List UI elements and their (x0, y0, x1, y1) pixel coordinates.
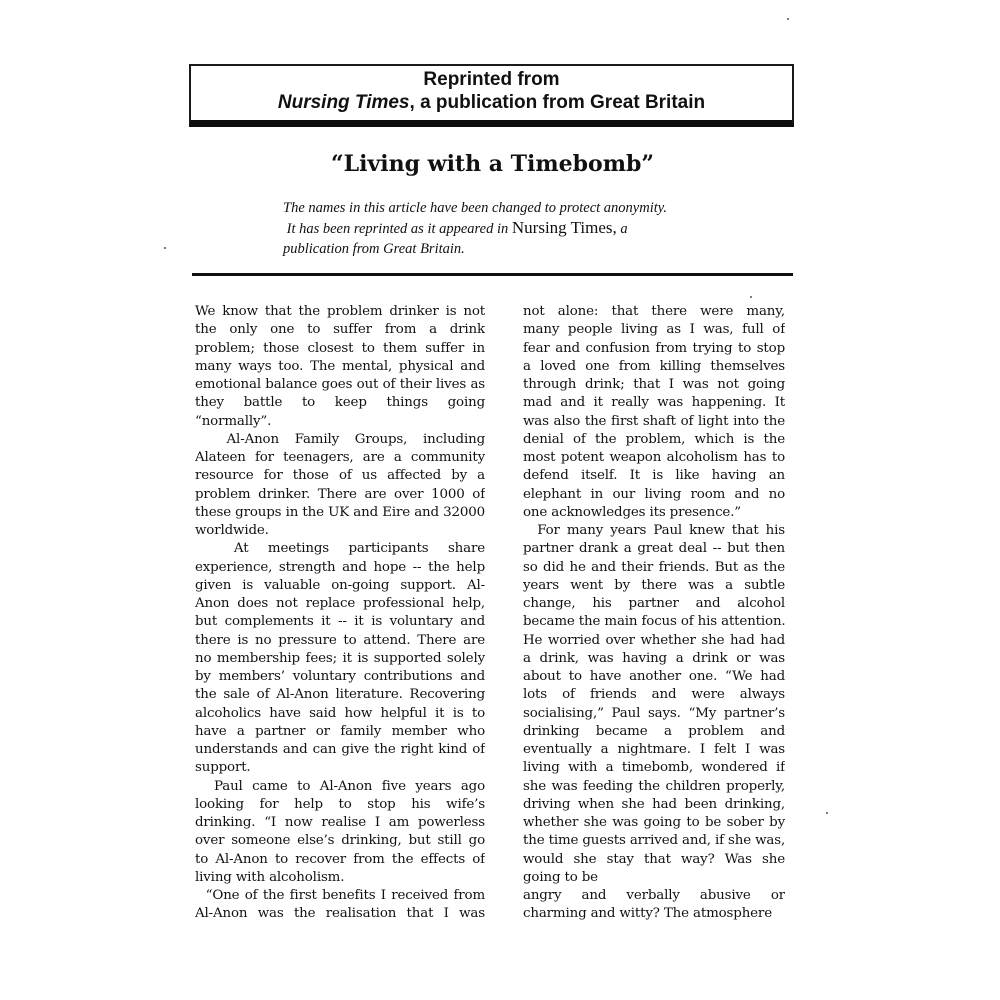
note-line2-pre: It has been reprinted as it appeared in (287, 221, 512, 237)
text-line: defend itself. It is like having an (523, 467, 785, 485)
text-line: problem; those closest to them suffer in (195, 340, 485, 358)
note-line2-post: a (617, 221, 628, 237)
text-line: they battle to keep things going (195, 394, 485, 412)
text-line: Anon does not replace professional help, (195, 595, 485, 613)
text-line: to Al-Anon to recover from the effects o… (195, 851, 485, 869)
text-line: a loved one from killing themselves (523, 358, 785, 376)
text-line: eventually a nightmare. I felt I was (523, 741, 785, 759)
text-line: so did he and their friends. But as the (523, 559, 785, 577)
scan-speck (164, 247, 166, 249)
text-line: over someone else’s drinking, but still … (195, 832, 485, 850)
anonymity-note: The names in this article have been chan… (283, 198, 703, 259)
note-line1: The names in this article have been chan… (283, 198, 703, 218)
text-line: living with a timebomb, wondered if (523, 759, 785, 777)
text-line: charming and witty? The atmosphere (523, 905, 785, 923)
text-line: she was feeding the children properly, (523, 778, 785, 796)
text-line: “normally”. (195, 413, 485, 431)
text-line: problem drinker. There are over 1000 of (195, 486, 485, 504)
article-column-left: We know that the problem drinker is nott… (195, 303, 485, 924)
text-line: “One of the first benefits I received fr… (195, 887, 485, 905)
text-line: worldwide. (195, 522, 485, 540)
scan-speck (750, 296, 752, 298)
text-line: understands and can give the right kind … (195, 741, 485, 759)
note-line2: It has been reprinted as it appeared in … (283, 218, 703, 239)
reprint-header-line2-rest: , a publication from Great Britain (410, 92, 706, 113)
text-line: have a partner or family member who (195, 723, 485, 741)
text-line: living with alcoholism. (195, 869, 485, 887)
text-line: experience, strength and hope -- the hel… (195, 559, 485, 577)
document-page: Reprinted from Nursing Times, a publicat… (0, 0, 1000, 1000)
text-line: the sale of Al-Anon literature. Recoveri… (195, 686, 485, 704)
text-line: years went by there was a subtle (523, 577, 785, 595)
text-line: denial of the problem, which is the (523, 431, 785, 449)
text-line: elephant in our living room and no (523, 486, 785, 504)
text-line: whether she was going to be sober by (523, 814, 785, 832)
note-publication: Nursing Times, (512, 218, 617, 237)
text-line: alcoholics have said how helpful it is t… (195, 705, 485, 723)
text-line: drinking. “I now realise I am powerless (195, 814, 485, 832)
text-line: there is no pressure to attend. There ar… (195, 632, 485, 650)
text-line: going to be (523, 869, 785, 887)
text-line: not alone: that there were many, (523, 303, 785, 321)
text-line: would she stay that way? Was she (523, 851, 785, 869)
text-line: the time guests arrived and, if she was, (523, 832, 785, 850)
text-line: partner drank a great deal -- but then (523, 540, 785, 558)
text-line: Al-Anon Family Groups, including (195, 431, 485, 449)
reprint-header-line2: Nursing Times, a publication from Great … (191, 91, 792, 114)
note-line3: publication from Great Britain. (283, 239, 703, 259)
text-line: driving when she had been drinking, (523, 796, 785, 814)
text-line: At meetings participants share (195, 540, 485, 558)
text-line: looking for help to stop his wife’s (195, 796, 485, 814)
text-line: about to have another one. “We had (523, 668, 785, 686)
publication-name: Nursing Times (278, 92, 410, 113)
article-column-right: not alone: that there were many,many peo… (523, 303, 785, 924)
text-line: drinking became a problem and (523, 723, 785, 741)
scan-speck (826, 812, 828, 814)
horizontal-rule (192, 273, 793, 276)
text-line: For many years Paul knew that his (523, 522, 785, 540)
text-line: many ways too. The mental, physical and (195, 358, 485, 376)
text-line: mad and it really was happening. It (523, 394, 785, 412)
text-line: was also the first shaft of light into t… (523, 413, 785, 431)
text-line: lots of friends and were always (523, 686, 785, 704)
text-line: a drink, was having a drink or was (523, 650, 785, 668)
text-line: given is valuable on-going support. Al- (195, 577, 485, 595)
text-line: We know that the problem drinker is not (195, 303, 485, 321)
reprint-header-box: Reprinted from Nursing Times, a publicat… (189, 64, 794, 127)
text-line: support. (195, 759, 485, 777)
text-line: these groups in the UK and Eire and 3200… (195, 504, 485, 522)
text-line: Alateen for teenagers, are a community (195, 449, 485, 467)
text-line: but complements it -- it is voluntary an… (195, 613, 485, 631)
text-line: angry and verbally abusive or (523, 887, 785, 905)
text-line: Paul came to Al-Anon five years ago (195, 778, 485, 796)
text-line: became the main focus of his attention. (523, 613, 785, 631)
text-line: socialising,” Paul says. “My partner’s (523, 705, 785, 723)
text-line: He worried over whether she had had (523, 632, 785, 650)
text-line: many people living as I was, full of (523, 321, 785, 339)
article-title: “Living with a Timebomb” (190, 150, 795, 178)
text-line: by members’ voluntary contributions and (195, 668, 485, 686)
text-line: emotional balance goes out of their live… (195, 376, 485, 394)
reprint-header-line1: Reprinted from (191, 68, 792, 91)
text-line: Al-Anon was the realisation that I was (195, 905, 485, 923)
text-line: one acknowledges its presence.” (523, 504, 785, 522)
text-line: no membership fees; it is supported sole… (195, 650, 485, 668)
text-line: most potent weapon alcoholism has to (523, 449, 785, 467)
text-line: the only one to suffer from a drink (195, 321, 485, 339)
text-line: through drink; that I was not going (523, 376, 785, 394)
text-line: fear and confusion from trying to stop (523, 340, 785, 358)
text-line: change, his partner and alcohol (523, 595, 785, 613)
scan-speck (787, 18, 789, 20)
text-line: resource for those of us affected by a (195, 467, 485, 485)
